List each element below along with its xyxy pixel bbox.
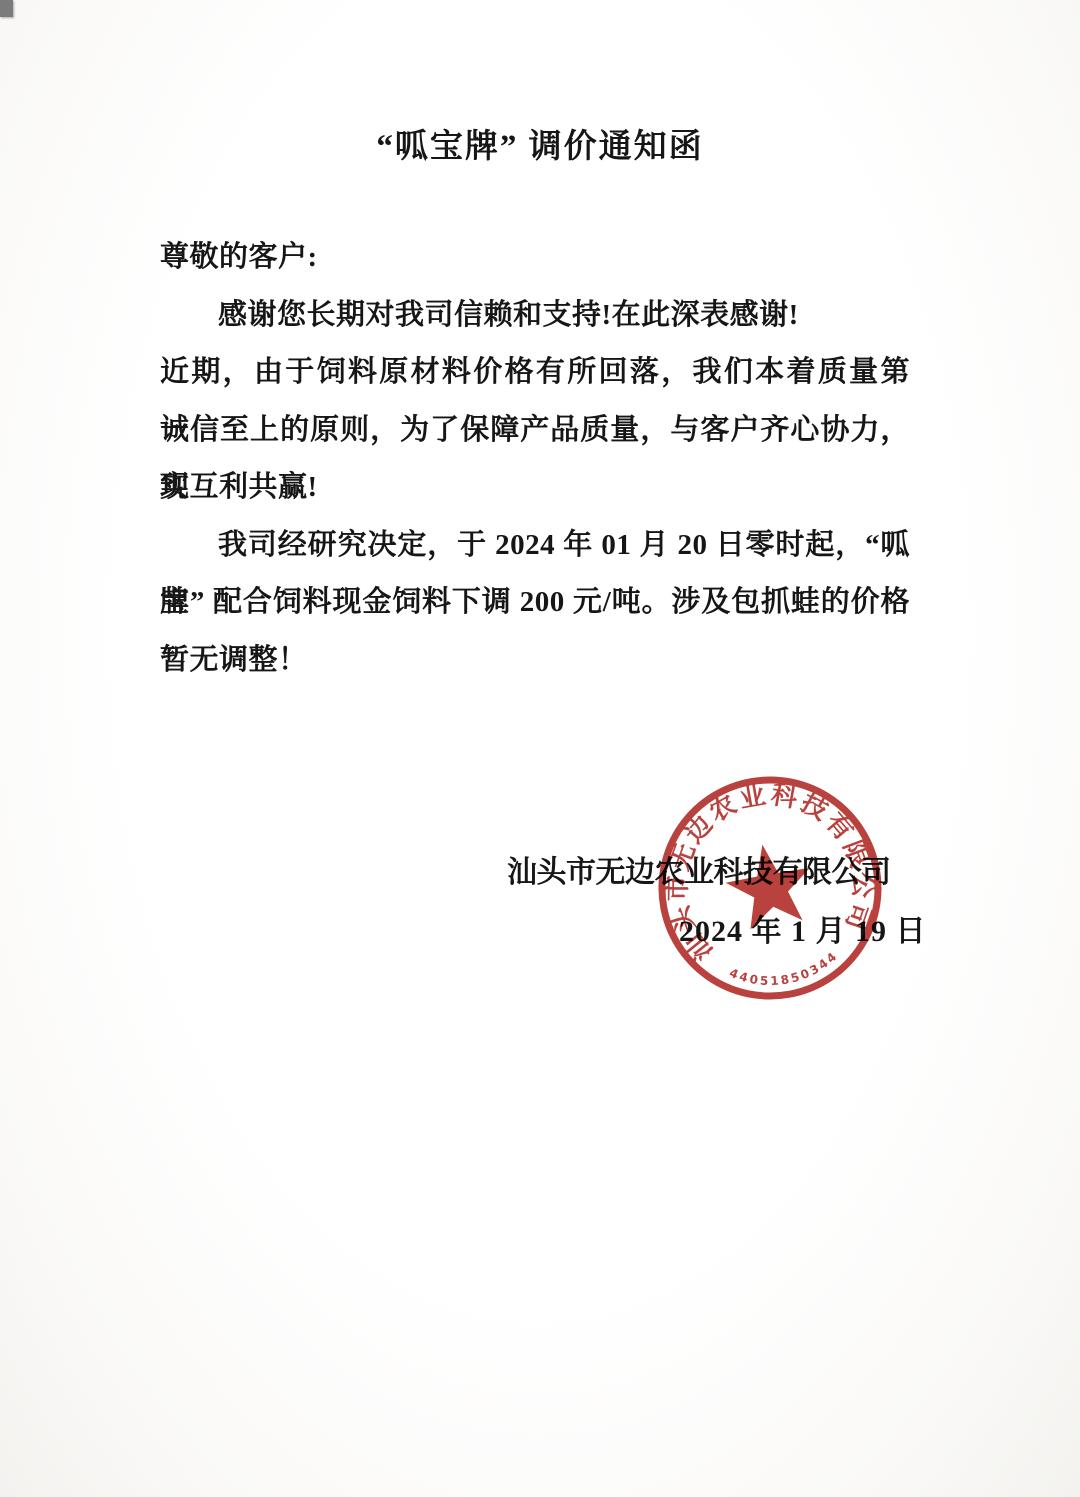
letter-line: 我司经研究决定，于 2024 年 01 月 20 日零时起，“呱宝 — [160, 517, 910, 575]
letter-line: 牌” 配合饲料现金饲料下调 200 元/吨。涉及包抓蛙的价格 — [160, 574, 910, 632]
letter-line: 现互利共赢! — [160, 459, 910, 517]
salutation: 尊敬的客户: — [160, 229, 910, 287]
scanned-letter-page: “呱宝牌” 调价通知函 尊敬的客户: 感谢您长期对我司信赖和支持!在此深表感谢!… — [0, 0, 1080, 1497]
letter-body: 尊敬的客户: 感谢您长期对我司信赖和支持!在此深表感谢! 近期，由于饲料原材料价… — [160, 229, 910, 689]
company-signature: 汕头市无边农业科技有限公司 — [507, 847, 891, 891]
signature-date: 2024 年 1 月 19 日 — [679, 906, 927, 950]
letter-line: 感谢您长期对我司信赖和支持!在此深表感谢! — [160, 287, 910, 345]
letter-line: 近期，由于饲料原材料价格有所回落，我们本着质量第一， — [160, 344, 910, 402]
seal-code: 44051850344 — [725, 947, 844, 997]
letter-title: “呱宝牌” 调价通知函 — [0, 120, 1080, 167]
letter-line: 诚信至上的原则，为了保障产品质量，与客户齐心协力，实 — [160, 402, 910, 460]
scan-artifact-corner — [0, 0, 13, 17]
letter-line: 暂无调整！ — [160, 632, 910, 690]
